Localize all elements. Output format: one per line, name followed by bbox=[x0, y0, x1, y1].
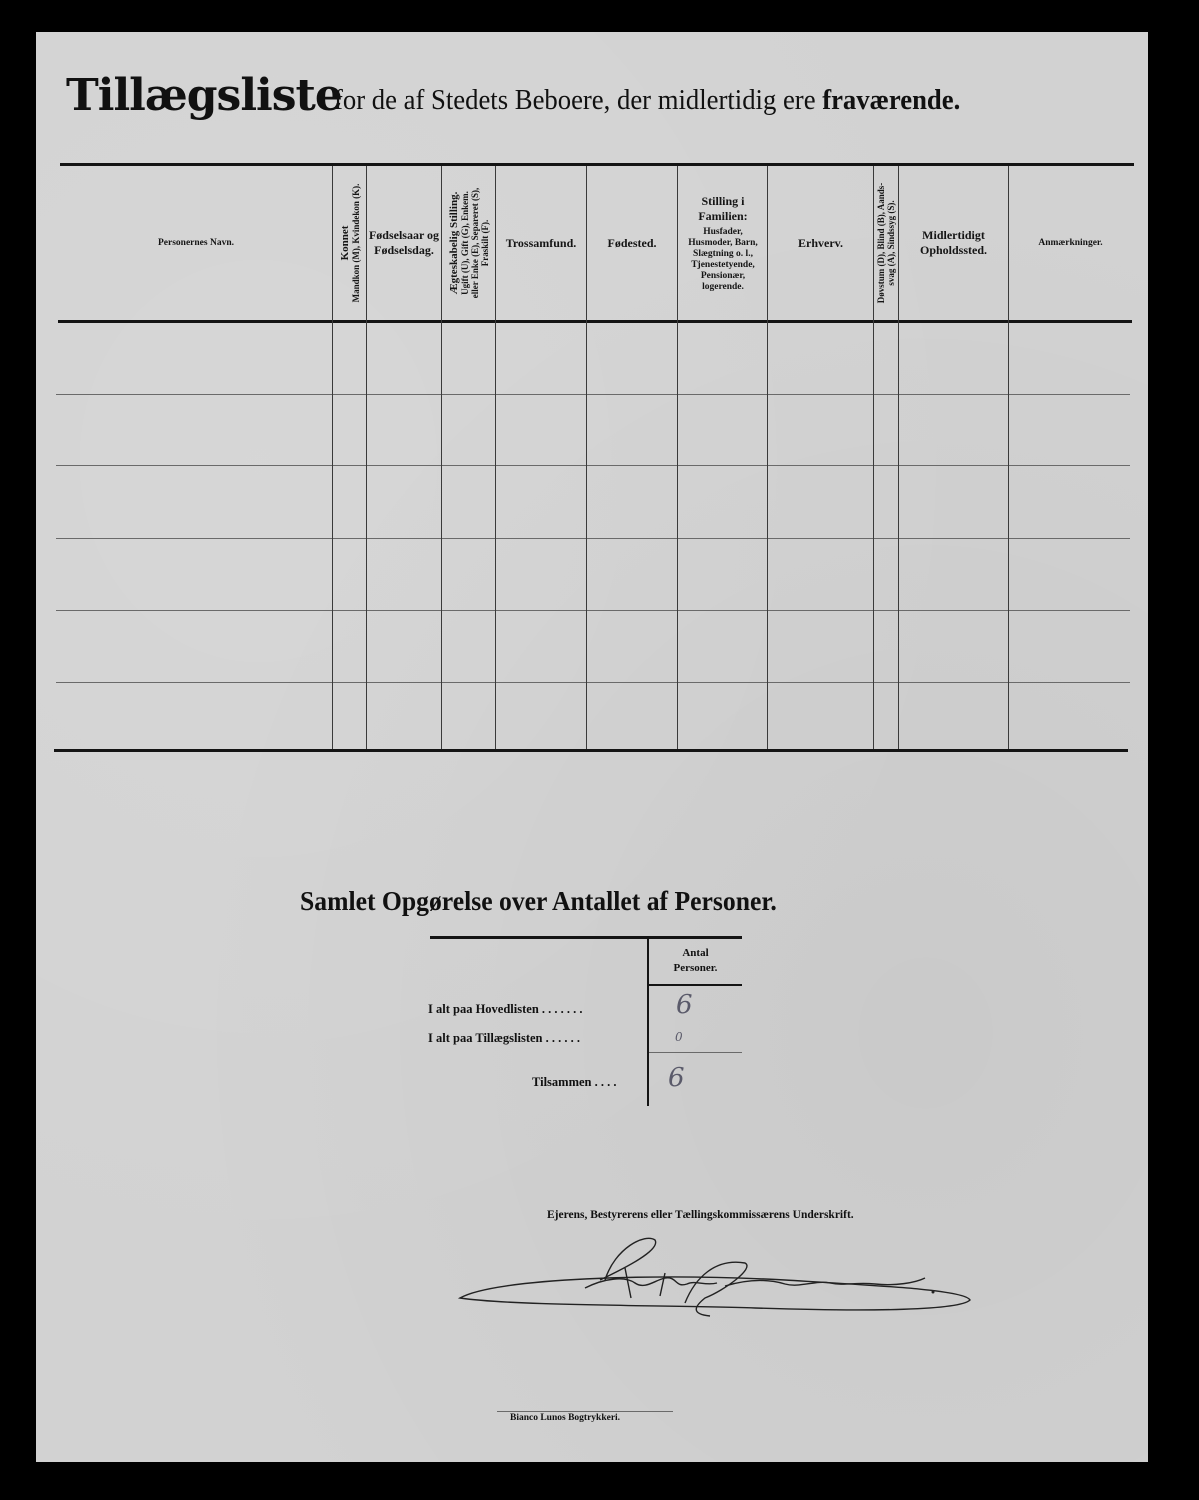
table-row[interactable] bbox=[60, 611, 1132, 682]
summary-label-hovedlisten: I alt paa Hovedlisten . . . . . . . bbox=[428, 1002, 583, 1017]
summary-header-underline bbox=[649, 984, 742, 986]
table-row[interactable] bbox=[60, 323, 1132, 394]
header-sublabel: svag (A), Sindssyg (S). bbox=[886, 183, 896, 304]
header-label: Erhverv. bbox=[798, 236, 843, 251]
header-sublabel: Ugift (U), Gift (G), Enkem. bbox=[460, 188, 470, 298]
header-trossamfund: Trossamfund. bbox=[496, 166, 586, 320]
table-row[interactable] bbox=[60, 466, 1132, 538]
header-label: Konnet bbox=[339, 184, 351, 303]
table-bottom-rule bbox=[54, 749, 1128, 752]
header-label: Fødested. bbox=[608, 236, 657, 251]
header-personernes-navn: Personernes Navn. bbox=[60, 166, 332, 320]
header-label: Stilling i Familien: bbox=[680, 194, 766, 224]
summary-header-line1: Antal bbox=[649, 946, 742, 961]
header-label: Personernes Navn. bbox=[158, 238, 234, 249]
header-label: Døvstum (D), Blind (B), Aands- bbox=[876, 183, 886, 304]
summary-subtotal-line bbox=[649, 1052, 742, 1053]
header-stilling-i-familien: Stilling i Familien: Husfader, Husmoder,… bbox=[680, 166, 766, 320]
header-sublabel: Husfader, Husmoder, Barn, Slægtning o. l… bbox=[680, 227, 766, 293]
header-fodselsaar: Fødselsaar og Fødselsdag. bbox=[367, 166, 441, 320]
footer-rule bbox=[497, 1411, 673, 1412]
table-row[interactable] bbox=[60, 683, 1132, 749]
header-fodested: Fødested. bbox=[587, 166, 677, 320]
header-kjon: Konnet Mandkon (M), Kvindekon (K). bbox=[333, 166, 366, 320]
summary-value-hovedlisten[interactable]: 6 bbox=[676, 990, 693, 1020]
header-label: Trossamfund. bbox=[506, 236, 577, 251]
printer-imprint: Bianco Lunos Bogtrykkeri. bbox=[510, 1413, 620, 1423]
header-midlertidigt-opholdssted: Midlertidigt Opholdssted. bbox=[899, 166, 1008, 320]
signature-scribble-icon bbox=[455, 1228, 975, 1318]
summary-column-header: Antal Personer. bbox=[649, 946, 742, 976]
signature-field[interactable]: Arnt Gjerdeå bbox=[455, 1228, 975, 1318]
summary-label-tilsammen: Tilsammen . . . . bbox=[532, 1075, 617, 1090]
header-label: Midlertidigt Opholdssted. bbox=[899, 228, 1008, 258]
header-label: Fødselsaar og Fødselsdag. bbox=[367, 228, 441, 258]
form-title: Tillægsliste bbox=[66, 66, 342, 126]
summary-title: Samlet Opgørelse over Antallet af Person… bbox=[300, 886, 777, 917]
header-sublabel: eller Enke (E), Separeret (S), bbox=[470, 188, 480, 298]
form-subtitle: for de af Stedets Beboere, der midlertid… bbox=[334, 80, 960, 120]
summary-label-tillaegslisten: I alt paa Tillægslisten . . . . . . bbox=[428, 1031, 580, 1046]
header-sygdom: Døvstum (D), Blind (B), Aands- svag (A),… bbox=[874, 166, 898, 320]
header-erhverv: Erhverv. bbox=[768, 166, 873, 320]
header-anmaerkninger: Anmærkninger. bbox=[1009, 166, 1132, 320]
form-subtitle-text: for de af Stedets Beboere, der midlertid… bbox=[334, 84, 816, 116]
summary-header-line2: Personer. bbox=[649, 961, 742, 976]
form-subtitle-emphasis: fraværende. bbox=[822, 84, 960, 116]
header-sublabel: Mandkon (M), Kvindekon (K). bbox=[351, 184, 361, 303]
table-row[interactable] bbox=[60, 539, 1132, 610]
summary-value-tillaegslisten[interactable]: 0 bbox=[675, 1030, 683, 1044]
summary-value-tilsammen[interactable]: 6 bbox=[668, 1063, 685, 1093]
header-label: Anmærkninger. bbox=[1038, 238, 1102, 249]
table-row[interactable] bbox=[60, 395, 1132, 465]
header-label: Ægteskabelig Stilling. bbox=[448, 188, 460, 298]
header-aegteskabelig-stilling: Ægteskabelig Stilling. Ugift (U), Gift (… bbox=[442, 166, 495, 320]
header-sublabel: Fraskilt (F). bbox=[480, 188, 490, 298]
summary-top-rule bbox=[430, 936, 742, 939]
signature-label: Ejerens, Bestyrerens eller Tællingskommi… bbox=[547, 1209, 854, 1221]
